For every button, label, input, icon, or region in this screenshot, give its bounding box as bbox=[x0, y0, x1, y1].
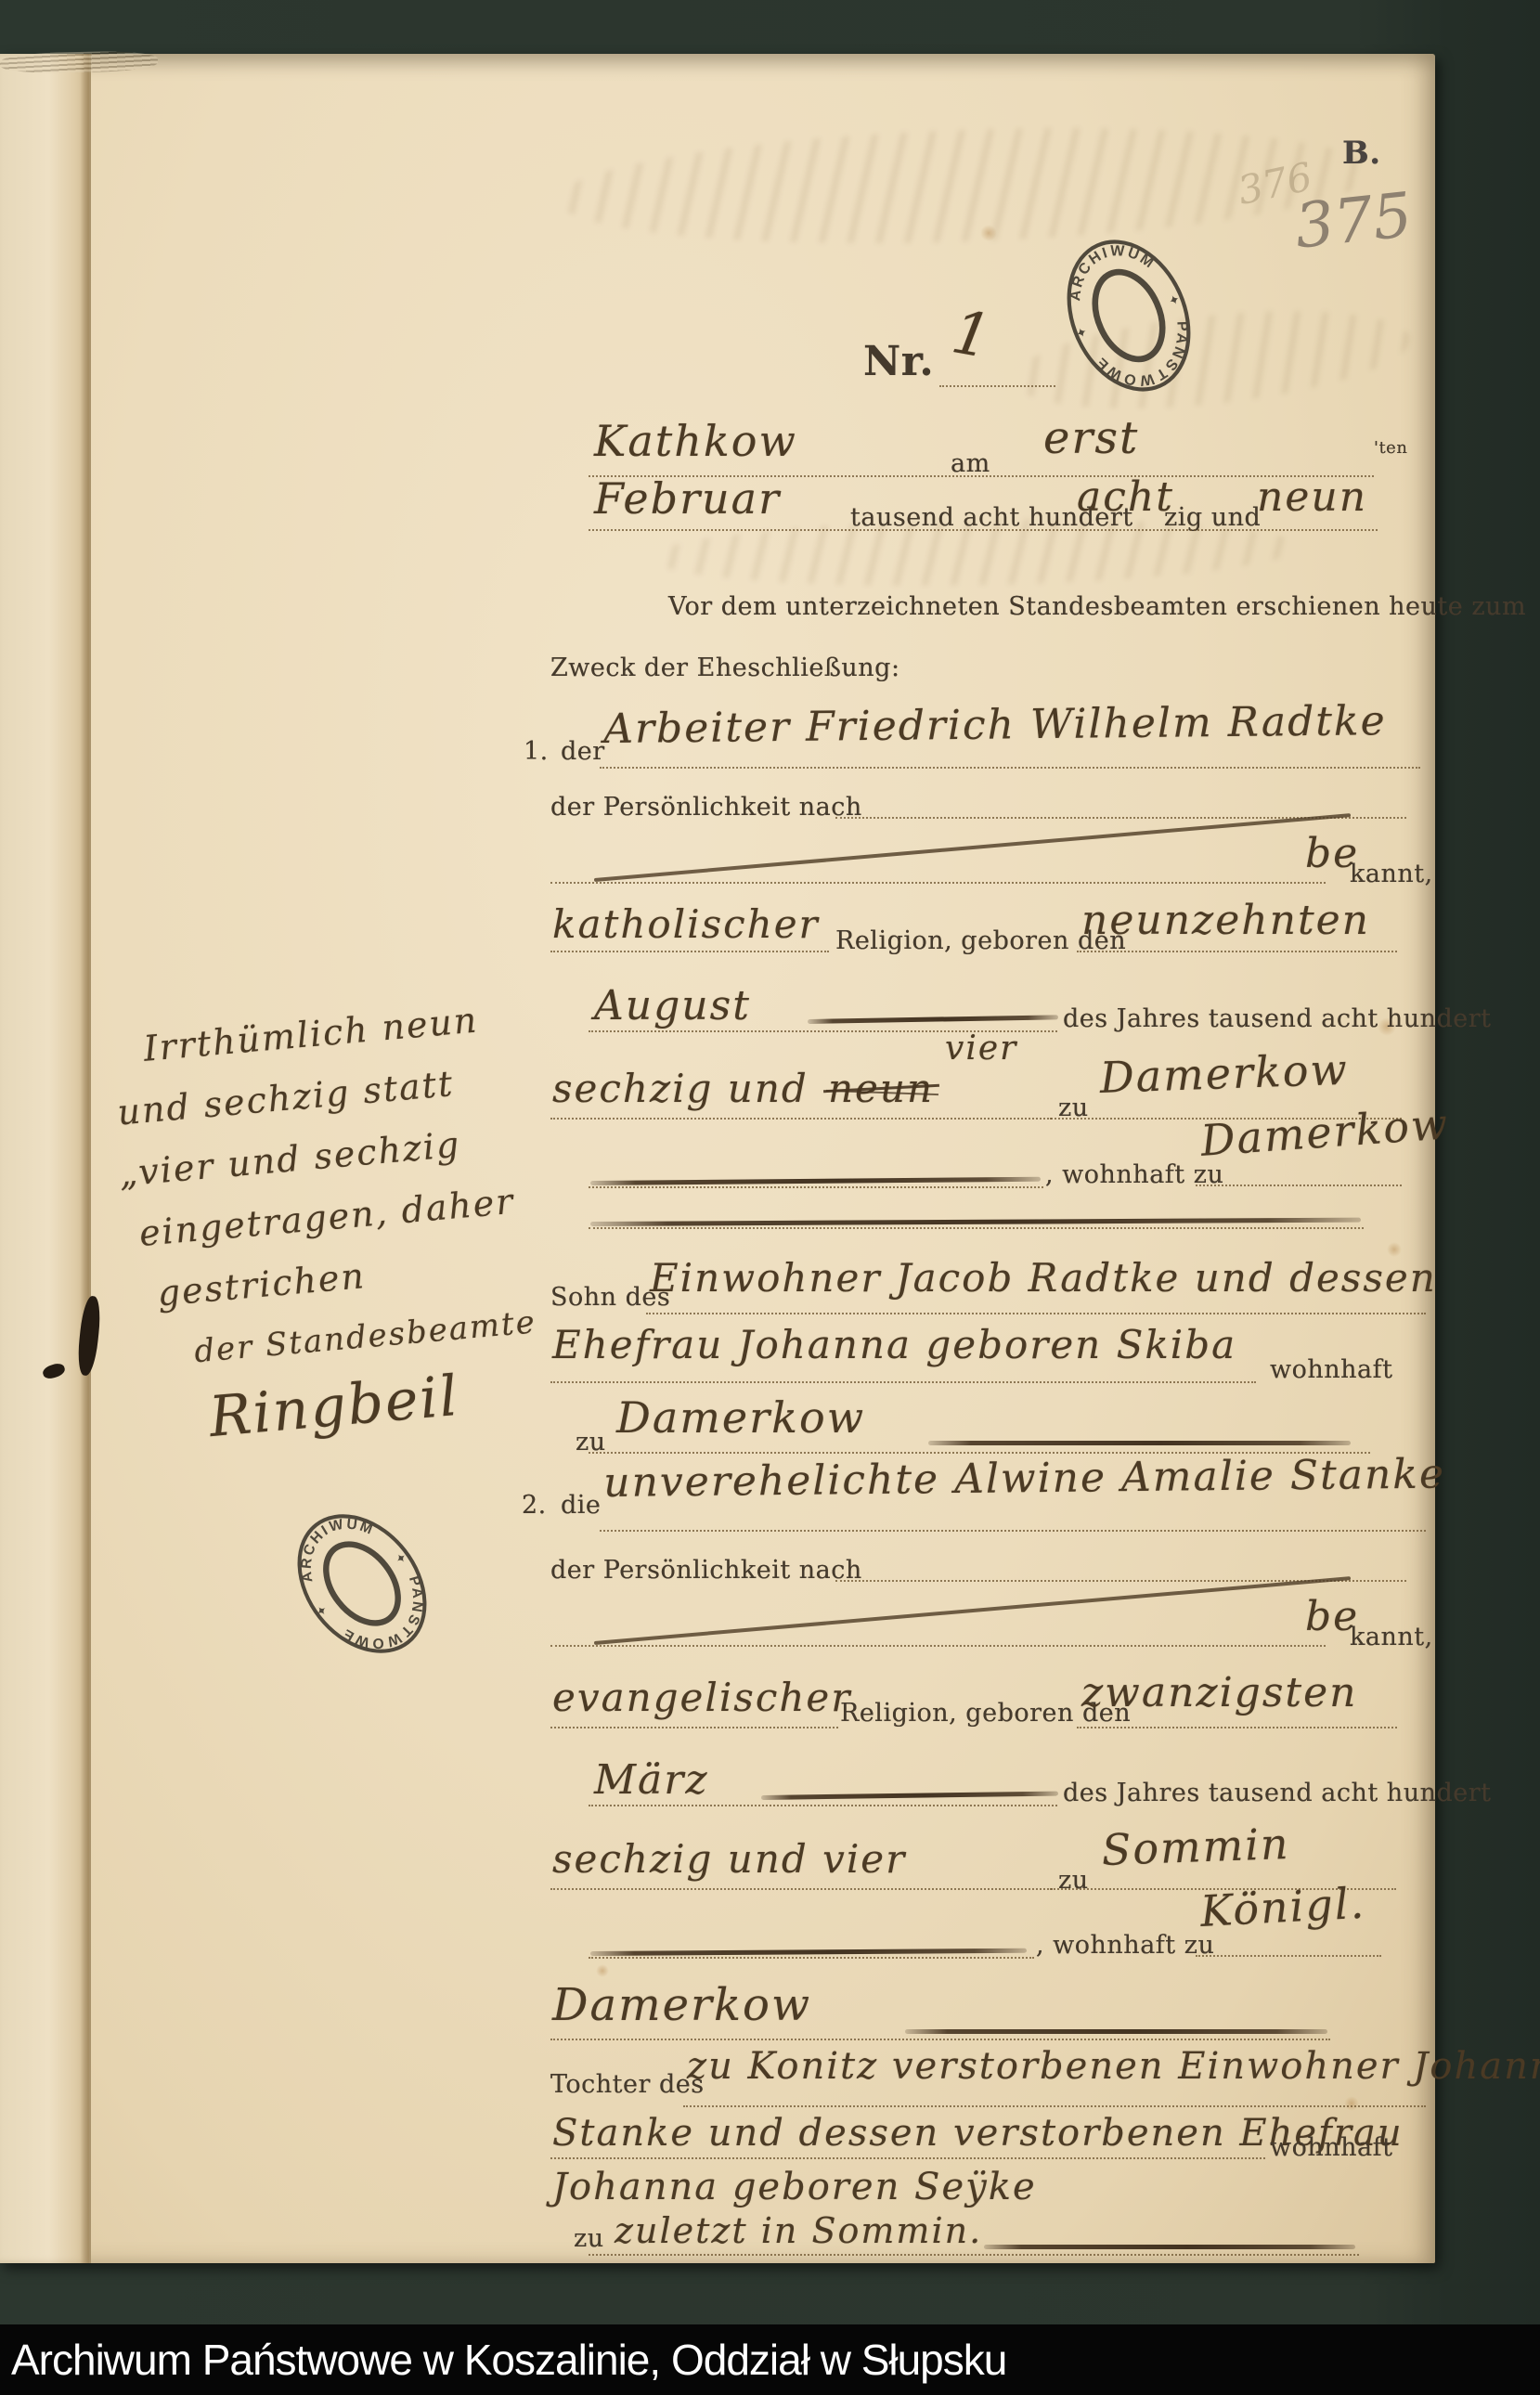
hw-groom-mother: Ehefrau Johanna geboren Skiba bbox=[552, 1326, 1236, 1365]
dotted-rule bbox=[589, 1227, 1364, 1229]
svg-text:✦: ✦ bbox=[313, 1602, 330, 1621]
record-number-label: Nr. bbox=[863, 342, 934, 382]
printed-item2-number: 2. bbox=[522, 1493, 547, 1518]
hw-groom-birth-month: August bbox=[594, 986, 751, 1027]
hw-groom-year-struck: neun bbox=[828, 1069, 934, 1108]
printed-groom-personality: der Persönlichkeit nach bbox=[550, 795, 862, 820]
hw-bride-birth-place: Sommin bbox=[1101, 1822, 1290, 1871]
hw-groom-father: Einwohner Jacob Radtke und dessen bbox=[650, 1259, 1437, 1298]
dotted-rule bbox=[550, 1381, 1256, 1383]
printed-bride-wohnhaft-zu: , wohnhaft zu bbox=[1036, 1933, 1214, 1958]
hw-groom-religion: katholischer bbox=[552, 905, 820, 944]
dotted-rule bbox=[939, 385, 1055, 387]
hw-bride-religion: evangelischer bbox=[552, 1678, 851, 1717]
ink-fill-line bbox=[984, 2245, 1355, 2249]
hw-bride-birth-year: sechzig und vier bbox=[552, 1840, 906, 1879]
printed-zig-und: zig und bbox=[1164, 505, 1261, 530]
hw-groom-birth-day: neunzehnten bbox=[1081, 900, 1370, 941]
hw-bride-mother: Johanna geboren Seÿke bbox=[552, 2168, 1037, 2206]
printed-item1-number: 1. bbox=[524, 739, 549, 764]
dotted-rule bbox=[550, 882, 1326, 884]
page-letter: B. bbox=[1342, 137, 1381, 169]
dotted-rule bbox=[550, 2157, 1265, 2159]
hw-marriage-day: erst bbox=[1043, 416, 1139, 460]
archive-footer-bar: Archiwum Państwowe w Koszalinie, Oddział… bbox=[0, 2324, 1540, 2395]
hw-groom-year-correction: vier bbox=[945, 1032, 1017, 1066]
dotted-rule bbox=[550, 1727, 838, 1728]
printed-intro-line2: Zweck der Eheschließung: bbox=[550, 655, 900, 680]
hw-groom-name: Arbeiter Friedrich Wilhelm Radtke bbox=[603, 701, 1387, 750]
dotted-rule bbox=[550, 951, 829, 952]
hw-marriage-month: Februar bbox=[594, 477, 781, 520]
dotted-rule bbox=[550, 1645, 1326, 1647]
dotted-rule bbox=[550, 2039, 1330, 2040]
hw-bride-last-residence: zuletzt in Sommin. bbox=[615, 2213, 982, 2248]
foxing-spot bbox=[596, 1964, 609, 1977]
svg-text:✦: ✦ bbox=[1074, 325, 1091, 343]
margin-correction-note: Irrthümlich neun und sechzig statt „vier… bbox=[110, 979, 628, 1460]
dotted-rule bbox=[550, 1118, 1052, 1120]
dotted-rule bbox=[550, 1888, 1052, 1890]
dotted-rule bbox=[1077, 1727, 1397, 1728]
dotted-rule bbox=[646, 1313, 1426, 1314]
hw-bride-birth-day: zwanzigsten bbox=[1081, 1673, 1357, 1714]
hw-bride-residence: Damerkow bbox=[552, 1983, 811, 2027]
hw-year-tens: acht bbox=[1077, 477, 1174, 518]
hw-bride-residence-prefix: Königl. bbox=[1199, 1882, 1366, 1933]
ink-fill-line bbox=[905, 2029, 1327, 2034]
left-page-edge bbox=[0, 54, 91, 2263]
hw-bride-father1: zu Konitz verstorbenen Einwohner Johann bbox=[687, 2048, 1540, 2085]
foxing-spot bbox=[980, 225, 997, 241]
hw-groom-parents-residence: Damerkow bbox=[616, 1396, 865, 1439]
printed-item2-die: die bbox=[561, 1493, 601, 1518]
archive-footer-text: Archiwum Państwowe w Koszalinie, Oddział… bbox=[11, 2335, 1006, 2385]
hw-registry-place: Kathkow bbox=[594, 420, 797, 462]
printed-groom-zu2: zu bbox=[576, 1430, 606, 1455]
printed-groom-kannt: kannt, bbox=[1350, 861, 1433, 887]
dotted-rule bbox=[1196, 1955, 1381, 1957]
hw-year-ones: neun bbox=[1257, 477, 1367, 518]
printed-groom-zu: zu bbox=[1058, 1095, 1089, 1120]
dotted-rule bbox=[589, 1186, 1043, 1188]
dotted-rule bbox=[600, 1530, 1426, 1532]
printed-ten-suffix: 'ten bbox=[1374, 440, 1407, 457]
dotted-rule bbox=[589, 529, 1378, 531]
dotted-rule bbox=[1196, 1185, 1402, 1186]
dotted-rule bbox=[589, 2254, 1359, 2256]
hw-groom-birth-place: Damerkow bbox=[1099, 1048, 1350, 1099]
printed-bride-personality: der Persönlichkeit nach bbox=[550, 1558, 862, 1583]
printed-am: am bbox=[951, 451, 990, 476]
printed-tochter-des: Tochter des bbox=[550, 2072, 705, 2097]
printed-groom-wohnhaft-zu: , wohnhaft zu bbox=[1045, 1162, 1223, 1187]
dotted-rule bbox=[600, 767, 1420, 769]
printed-bride-year-of: des Jahres tausend acht hundert bbox=[1063, 1780, 1492, 1806]
printed-item1-der: der bbox=[561, 739, 605, 764]
printed-bride-zu2: zu bbox=[574, 2226, 604, 2251]
hw-bride-name: unverehelichte Alwine Amalie Stanke bbox=[603, 1455, 1445, 1504]
dotted-rule bbox=[589, 1957, 1034, 1959]
ink-fill-line bbox=[928, 1441, 1351, 1445]
foxing-spot bbox=[1344, 2096, 1359, 2111]
dotted-rule bbox=[1077, 951, 1397, 952]
printed-groom-wohnhaft: wohnhaft bbox=[1270, 1357, 1392, 1382]
printed-groom-year-of: des Jahres tausend acht hundert bbox=[1063, 1006, 1492, 1031]
printed-bride-kannt: kannt, bbox=[1350, 1625, 1433, 1650]
printed-intro-line1: Vor dem unterzeichneten Standesbeamten e… bbox=[668, 594, 1526, 619]
printed-bride-wohnhaft: wohnhaft bbox=[1270, 2135, 1392, 2160]
dotted-rule bbox=[589, 1805, 1057, 1806]
pencil-number: 375 bbox=[1292, 185, 1415, 258]
dotted-rule bbox=[683, 2105, 1426, 2107]
hw-bride-birth-month: März bbox=[594, 1760, 709, 1801]
scanned-registry-page: B. 376 375 ARCHIWUM PAŃSTWOWE ✦ ✦ Nr. 1 … bbox=[0, 0, 1540, 2395]
